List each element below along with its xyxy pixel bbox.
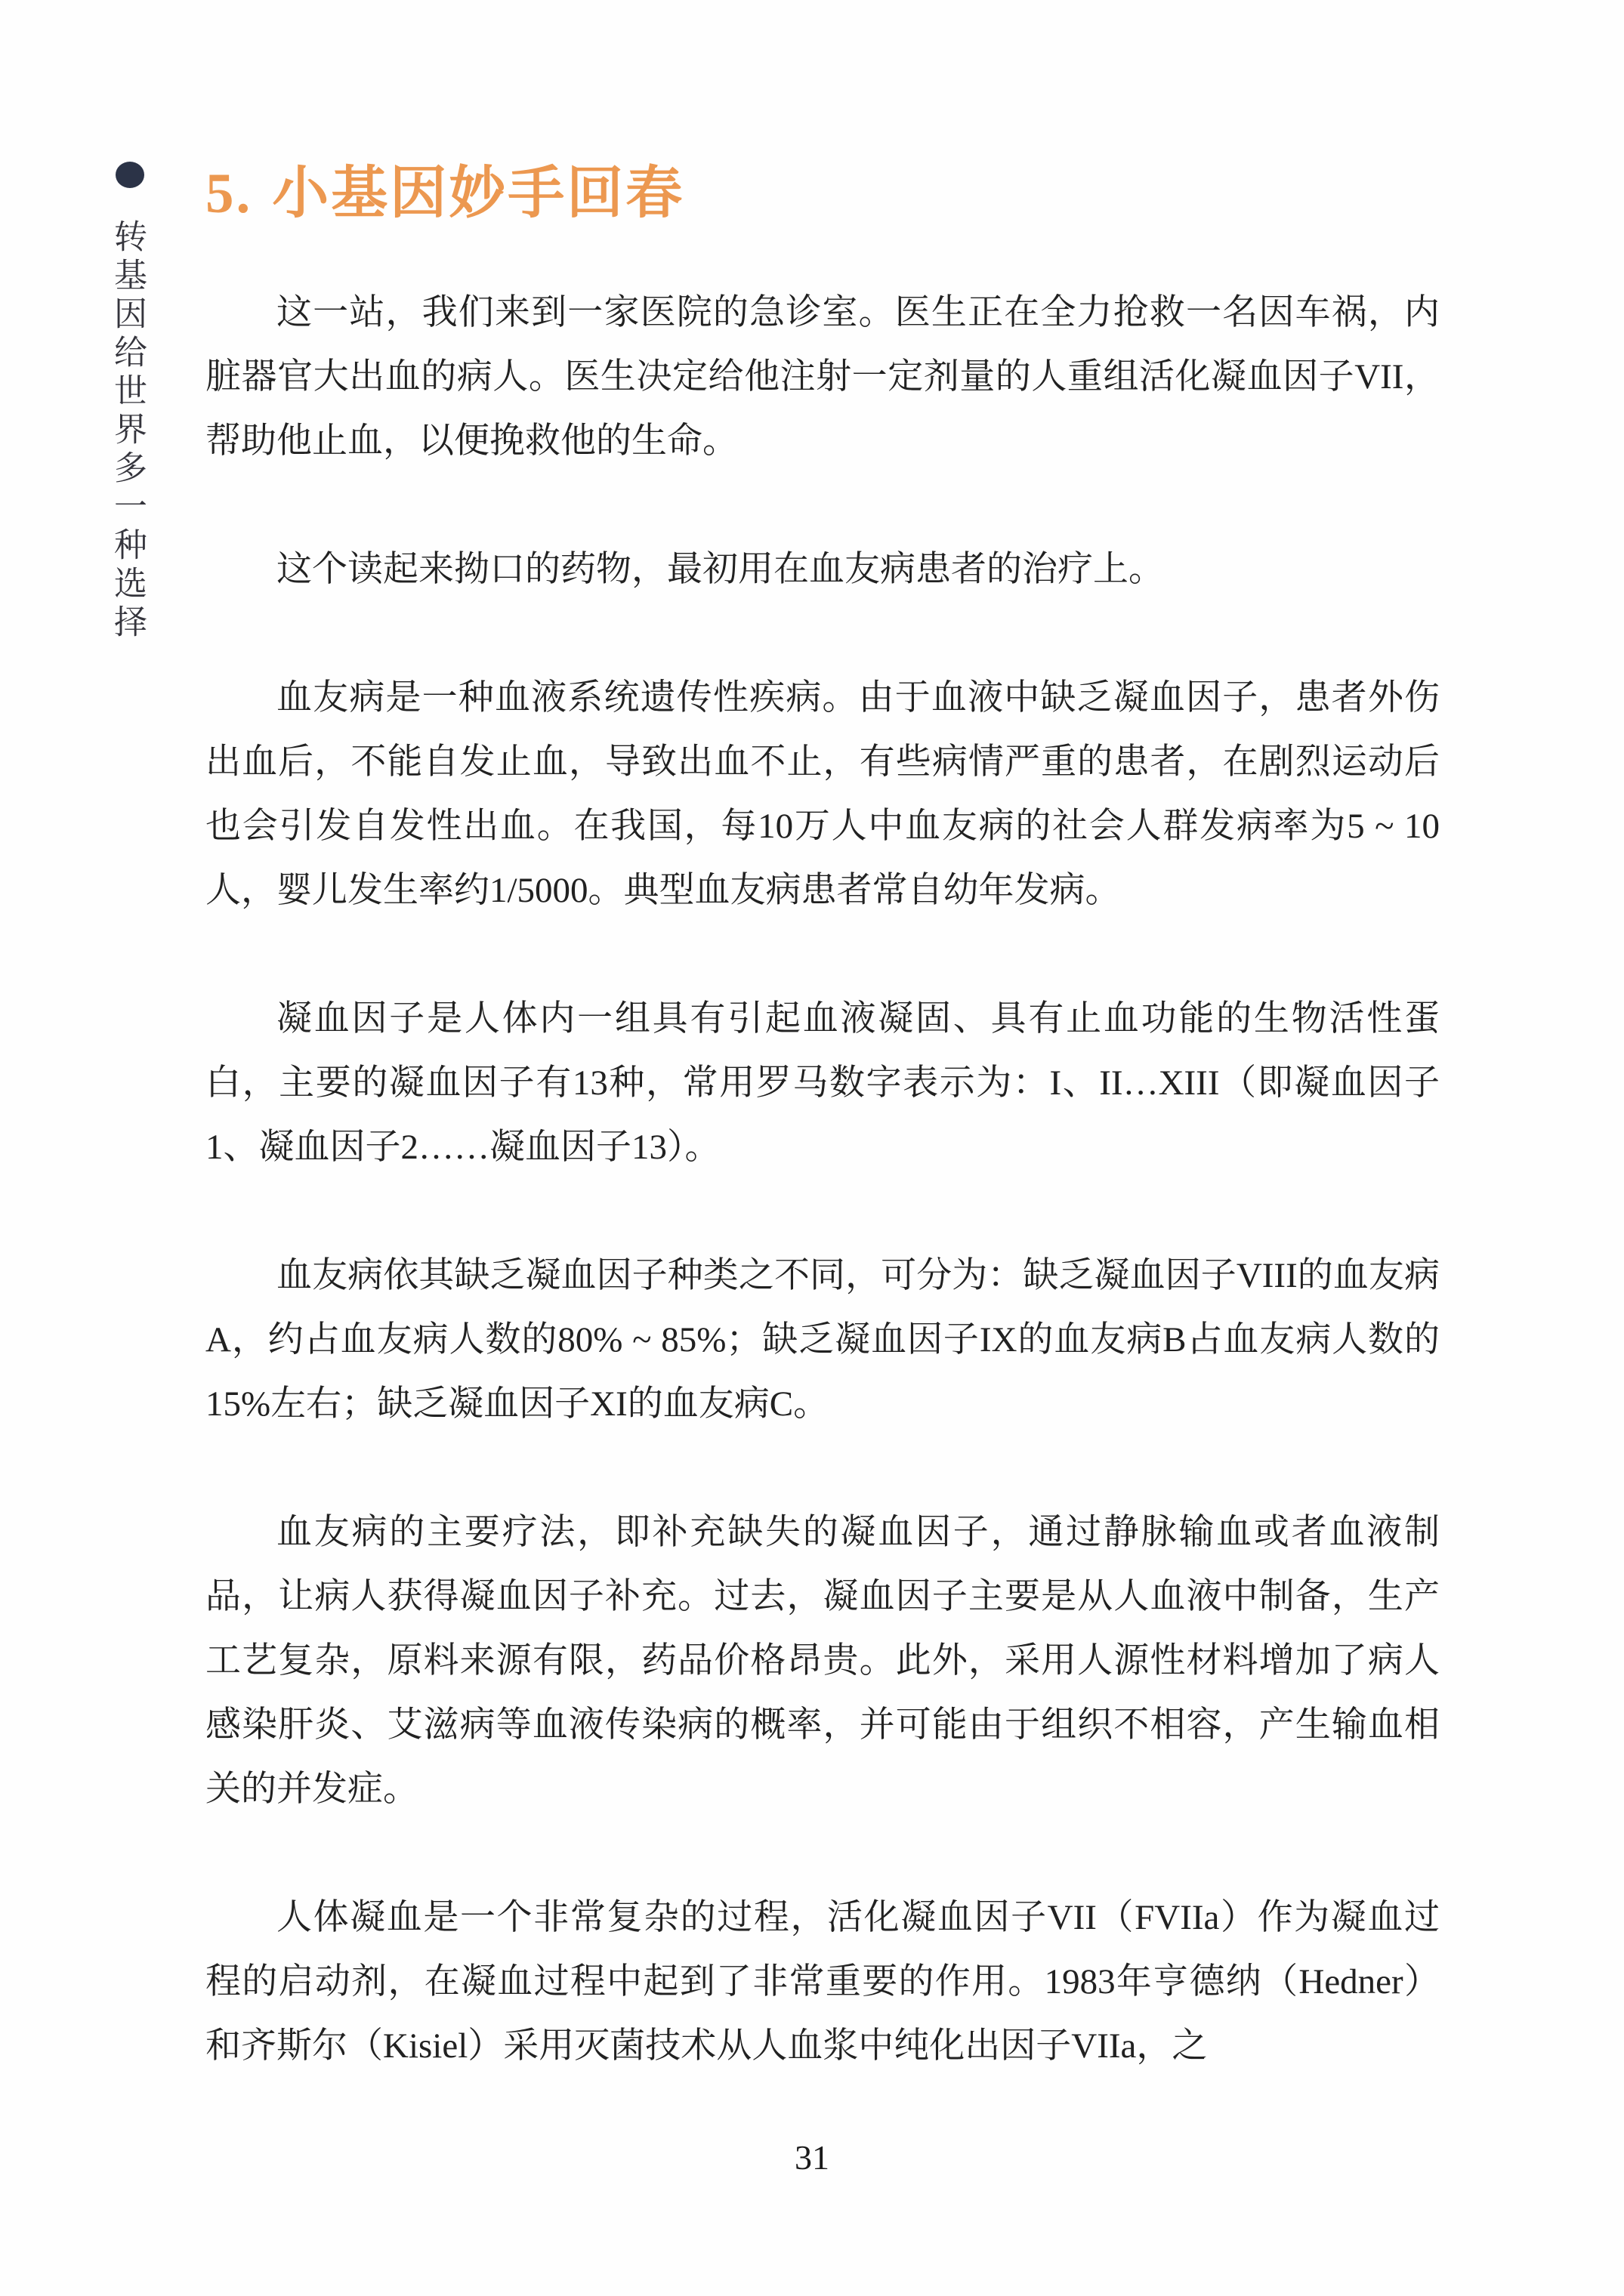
paragraph: 这一站，我们来到一家医院的急诊室。医生正在全力抢救一名因车祸，内脏器官大出血的病…: [205, 281, 1440, 474]
page-number: 31: [0, 2137, 1624, 2177]
sidebar-vertical-title: 转基因给世界多一种选择: [103, 219, 151, 643]
bullet-dot-icon: [116, 162, 144, 188]
paragraph: 血友病的主要疗法，即补充缺失的凝血因子，通过静脉输血或者血液制品，让病人获得凝血…: [205, 1501, 1440, 1822]
book-page: 转基因给世界多一种选择 5.小基因妙手回春 这一站，我们来到一家医院的急诊室。医…: [0, 0, 1624, 2296]
main-text-column: 5.小基因妙手回春 这一站，我们来到一家医院的急诊室。医生正在全力抢救一名因车祸…: [205, 160, 1440, 2143]
body-text: 这一站，我们来到一家医院的急诊室。医生正在全力抢救一名因车祸，内脏器官大出血的病…: [205, 281, 1440, 2078]
paragraph: 凝血因子是人体内一组具有引起血液凝固、具有止血功能的生物活性蛋白，主要的凝血因子…: [205, 987, 1440, 1180]
section-number: 5.: [205, 162, 252, 225]
paragraph: 血友病是一种血液系统遗传性疾病。由于血液中缺乏凝血因子，患者外伤出血后，不能自发…: [205, 666, 1440, 923]
paragraph: 人体凝血是一个非常复杂的过程，活化凝血因子VII（FVIIa）作为凝血过程的启动…: [205, 1886, 1440, 2078]
section-title: 小基因妙手回春: [272, 162, 684, 225]
paragraph: 血友病依其缺乏凝血因子种类之不同，可分为：缺乏凝血因子VIII的血友病A，约占血…: [205, 1244, 1440, 1437]
section-heading: 5.小基因妙手回春: [205, 160, 1440, 228]
paragraph: 这个读起来拗口的药物，最初用在血友病患者的治疗上。: [205, 538, 1440, 602]
